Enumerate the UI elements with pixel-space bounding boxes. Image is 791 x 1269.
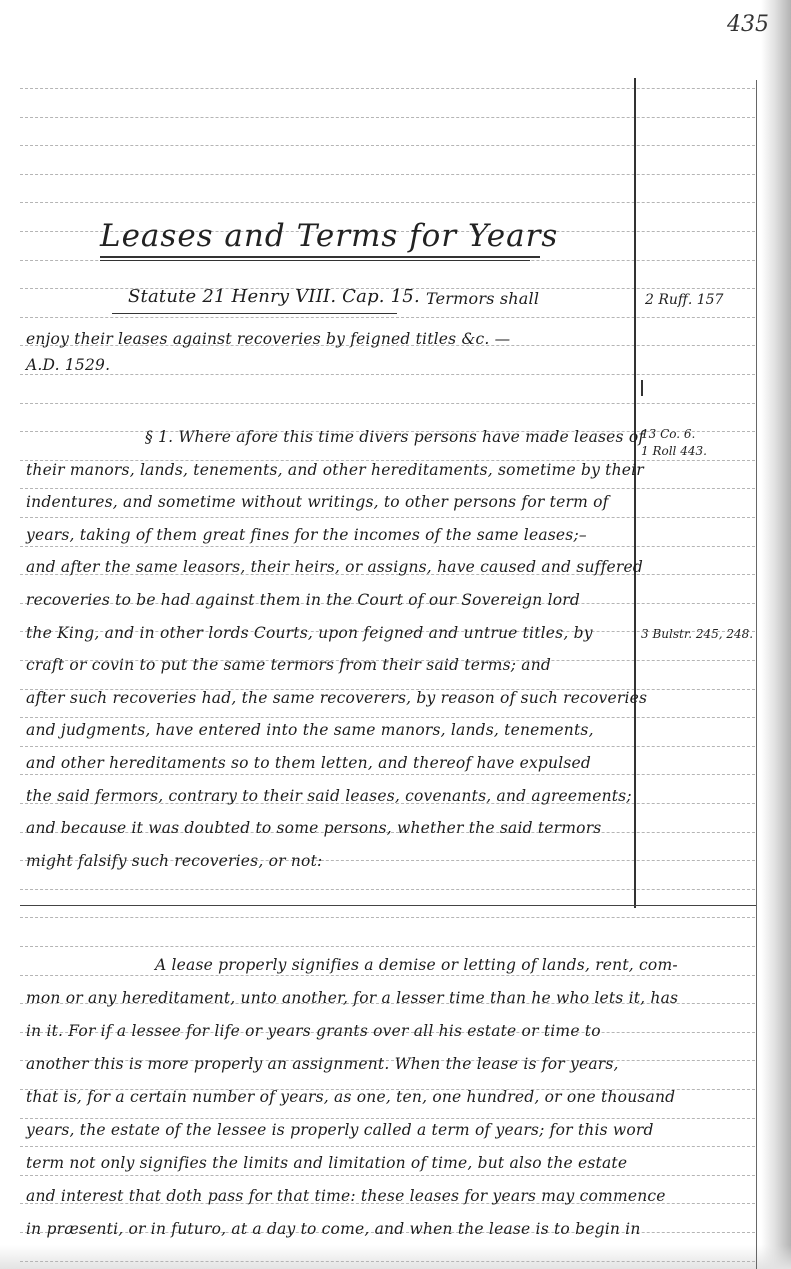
statute-line: enjoy their leases against recoveries by…: [26, 330, 510, 348]
section-1-line: and judgments, have entered into the sam…: [26, 721, 594, 739]
section-1-line: and other hereditaments so to them lette…: [26, 754, 591, 772]
section-1-line: and after the same leasors, their heirs,…: [26, 558, 643, 576]
page-title: Leases and Terms for Years: [100, 218, 558, 254]
rule-line: [20, 403, 755, 404]
commentary-line: that is, for a certain number of years, …: [26, 1088, 675, 1106]
rule-line: [20, 1118, 755, 1119]
rule-line: [20, 975, 755, 976]
rule-line: [20, 917, 755, 918]
rule-line: [20, 1261, 755, 1262]
rule-line: [20, 1175, 755, 1176]
section-1-line: after such recoveries had, the same reco…: [26, 689, 647, 707]
section-1-line: the said fermors, contrary to their said…: [26, 787, 632, 805]
rule-line: [20, 946, 755, 947]
rule-line: [20, 889, 755, 890]
rule-line: [20, 488, 755, 489]
section-1-line: the King, and in other lords Courts, upo…: [26, 624, 593, 642]
manuscript-page: 435 Leases and Terms for Years Statute 2…: [0, 0, 791, 1269]
statute-underline: [112, 313, 397, 314]
title-underline: [100, 256, 540, 258]
rule-line: [20, 717, 755, 718]
page-number: 435: [727, 12, 769, 37]
commentary-line: years, the estate of the lessee is prope…: [26, 1121, 654, 1139]
bottom-scan-noise: [0, 1245, 791, 1269]
commentary-line: in it. For if a lessee for life or years…: [26, 1022, 601, 1040]
margin-note: 2 Ruff. 157: [645, 292, 723, 308]
margin-note: 3 Bulstr. 245, 248.: [641, 627, 753, 641]
commentary-line: and interest that doth pass for that tim…: [26, 1187, 666, 1205]
section-1-line: indentures, and sometime without writing…: [26, 493, 609, 511]
margin-column-line: [634, 78, 636, 908]
section-1-line: their manors, lands, tenements, and othe…: [26, 461, 644, 479]
rule-line: [20, 88, 755, 89]
rule-line: [20, 374, 755, 375]
margin-note: 13 Co. 6.: [641, 427, 695, 441]
rule-line: [20, 202, 755, 203]
rule-line: [20, 145, 755, 146]
rule-line: [20, 746, 755, 747]
rule-line: [20, 517, 755, 518]
margin-note: 1 Roll 443.: [641, 444, 707, 458]
section-1-line: years, taking of them great fines for th…: [26, 526, 587, 544]
section-1-line: craft or covin to put the same termors f…: [26, 656, 551, 674]
statute-line: A.D. 1529.: [26, 356, 110, 374]
statute-line: Termors shall: [426, 290, 539, 308]
rule-line: [20, 174, 755, 175]
commentary-line: mon or any hereditament, unto another, f…: [26, 989, 678, 1007]
rule-line: [20, 774, 755, 775]
section-1-line: § 1. Where afore this time divers person…: [145, 428, 644, 446]
commentary-line: term not only signifies the limits and l…: [26, 1154, 627, 1172]
outer-margin-line: [756, 80, 757, 1269]
section-1-line: might falsify such recoveries, or not:: [26, 852, 322, 870]
rule-line: [20, 1146, 755, 1147]
margin-tick: [641, 380, 643, 396]
rule-line: [20, 317, 755, 318]
commentary-line: in præsenti, or in futuro, at a day to c…: [26, 1220, 641, 1238]
section-divider: [20, 905, 756, 906]
rule-line: [20, 117, 755, 118]
commentary-line: another this is more properly an assignm…: [26, 1055, 619, 1073]
page-edge-shadow: [761, 0, 791, 1269]
section-1-line: recoveries to be had against them in the…: [26, 591, 580, 609]
rule-line: [20, 546, 755, 547]
statute-heading: Statute 21 Henry VIII. Cap. 15.: [128, 288, 420, 306]
section-1-line: and because it was doubted to some perso…: [26, 819, 601, 837]
title-underline-2: [100, 260, 530, 261]
commentary-line: A lease properly signifies a demise or l…: [155, 956, 678, 974]
